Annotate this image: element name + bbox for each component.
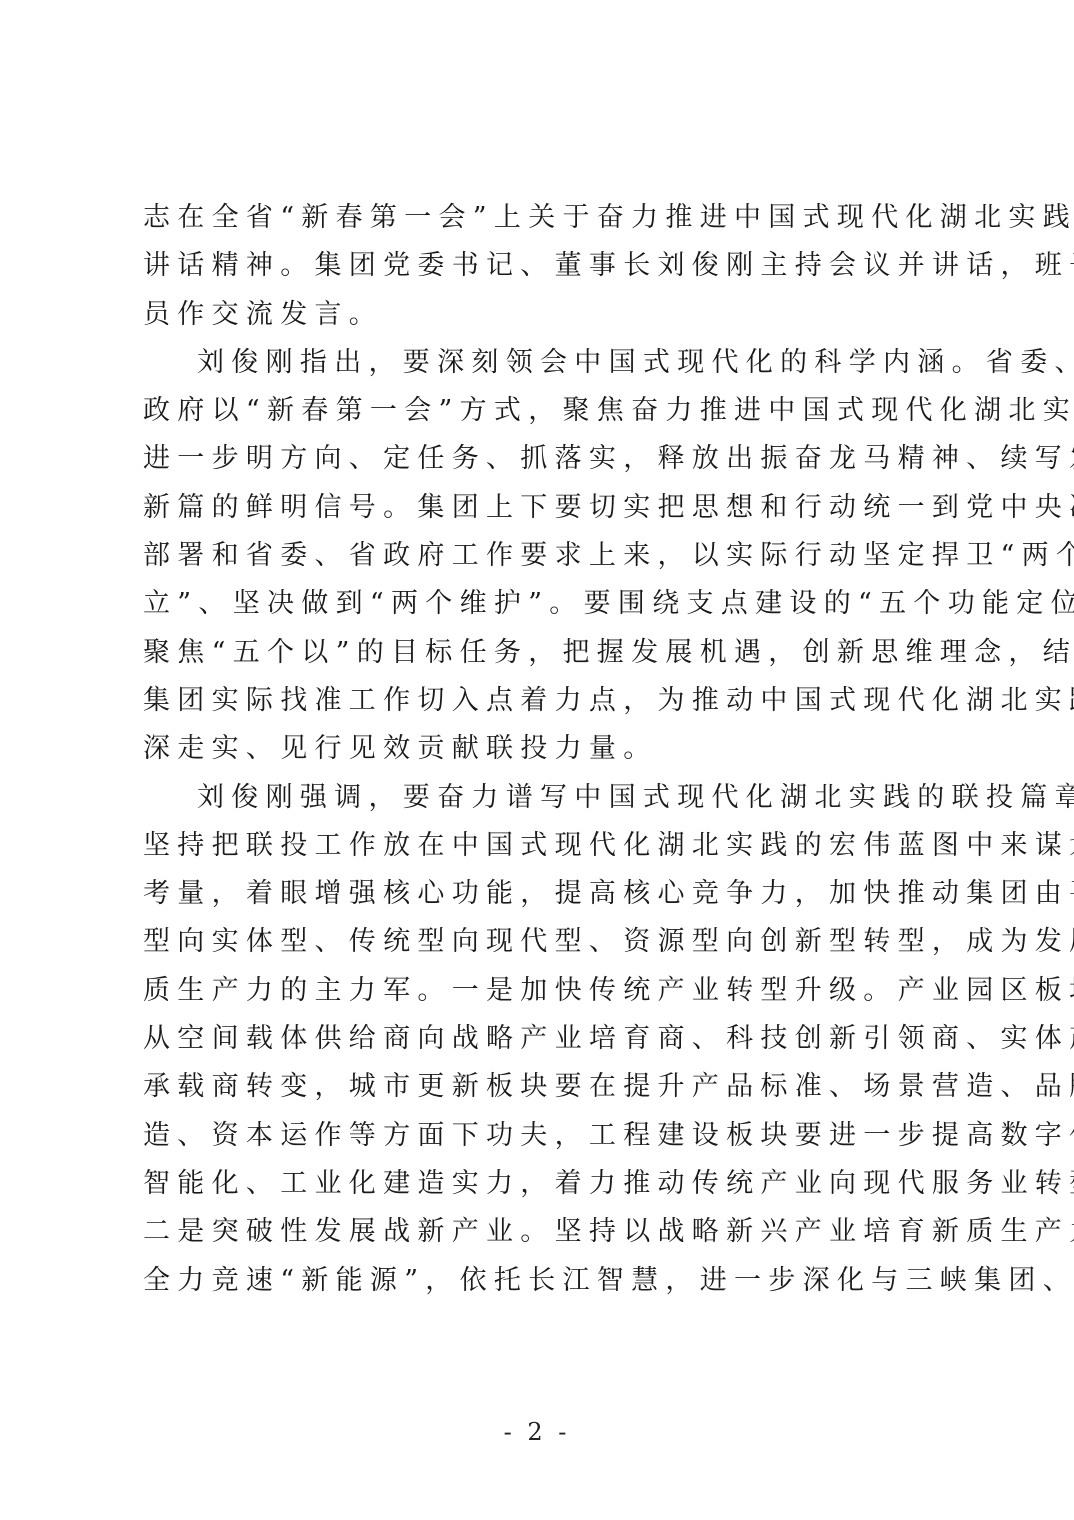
text-line: 从空间载体供给商向战略产业培育商、科技创新引领商、实体产业	[143, 1015, 943, 1063]
body-text: 志在全省“新春第一会”上关于奋力推进中国式现代化湖北实践的 讲话精神。集团党委书…	[143, 194, 943, 1305]
text-line: 部署和省委、省政府工作要求上来，以实际行动坚定捍卫“两个确	[143, 532, 943, 580]
text-line: 型向实体型、传统型向现代型、资源型向创新型转型，成为发展新	[143, 918, 943, 966]
text-line: 立”、坚决做到“两个维护”。要围绕支点建设的“五个功能定位”，	[143, 580, 943, 628]
document-page: 志在全省“新春第一会”上关于奋力推进中国式现代化湖北实践的 讲话精神。集团党委书…	[0, 0, 1074, 1520]
text-line: 聚焦“五个以”的目标任务，把握发展机遇，创新思维理念，结合	[143, 629, 943, 677]
text-line: 政府以“新春第一会”方式，聚焦奋力推进中国式现代化湖北实践，	[143, 387, 943, 435]
paragraph-first-line: 刘俊刚指出，要深刻领会中国式现代化的科学内涵。省委、省	[143, 339, 943, 387]
text-line: 承载商转变，城市更新板块要在提升产品标准、场景营造、品牌打	[143, 1063, 943, 1111]
paragraph-first-line: 刘俊刚强调，要奋力谱写中国式现代化湖北实践的联投篇章。	[143, 774, 943, 822]
text-line: 深走实、见行见效贡献联投力量。	[143, 725, 943, 773]
text-line: 坚持把联投工作放在中国式现代化湖北实践的宏伟蓝图中来谋划和	[143, 822, 943, 870]
text-line: 二是突破性发展战新产业。坚持以战略新兴产业培育新质生产力，	[143, 1208, 943, 1256]
text-line: 质生产力的主力军。一是加快传统产业转型升级。产业园区板块要	[143, 967, 943, 1015]
text-line: 造、资本运作等方面下功夫，工程建设板块要进一步提高数字化、	[143, 1112, 943, 1160]
text-line: 进一步明方向、定任务、抓落实，释放出振奋龙马精神、续写发展	[143, 435, 943, 483]
text-line: 智能化、工业化建造实力，着力推动传统产业向现代服务业转型。	[143, 1160, 943, 1208]
text-line: 考量，着眼增强核心功能，提高核心竞争力，加快推动集团由平台	[143, 870, 943, 918]
text-line: 新篇的鲜明信号。集团上下要切实把思想和行动统一到党中央决策	[143, 484, 943, 532]
text-line: 集团实际找准工作切入点着力点，为推动中国式现代化湖北实践走	[143, 677, 943, 725]
text-line: 全力竞速“新能源”，依托长江智慧，进一步深化与三峡集团、长	[143, 1257, 943, 1305]
page-number: - 2 -	[0, 1418, 1074, 1446]
text-line: 讲话精神。集团党委书记、董事长刘俊刚主持会议并讲话，班子成	[143, 242, 943, 290]
text-line: 志在全省“新春第一会”上关于奋力推进中国式现代化湖北实践的	[143, 194, 943, 242]
text-line: 员作交流发言。	[143, 291, 943, 339]
